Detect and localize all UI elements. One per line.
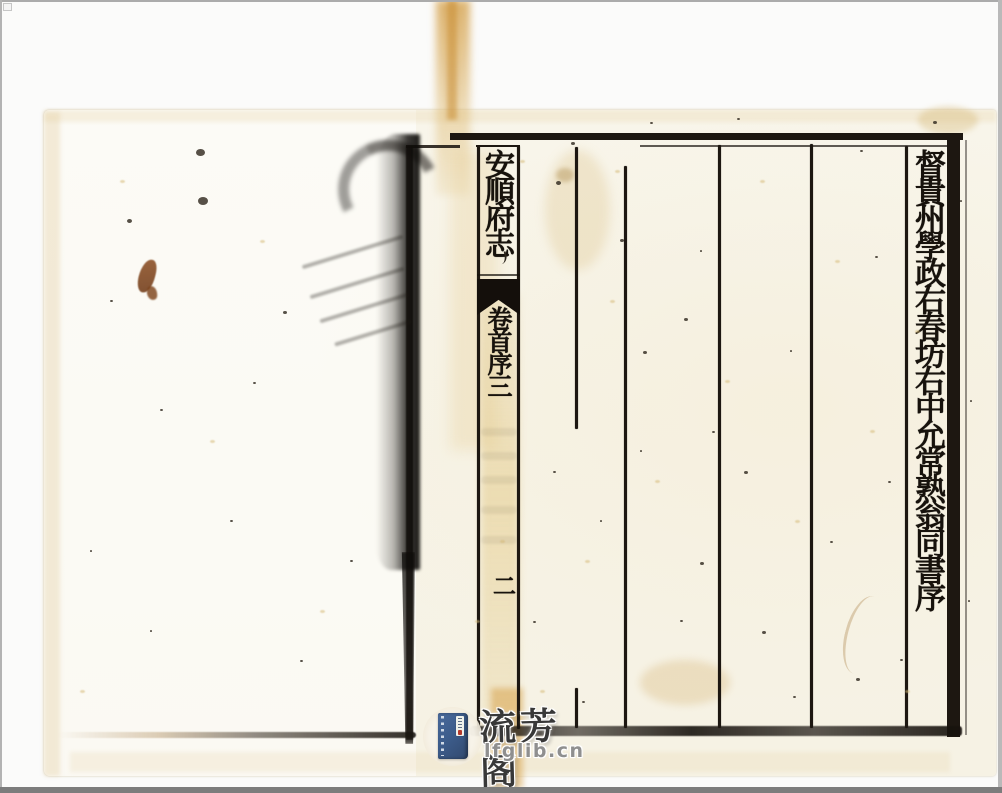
red-seal-icon [458, 730, 462, 735]
scan-edge-bottom [0, 787, 1002, 793]
scan-edge-left [0, 0, 2, 793]
showthrough-mark [481, 506, 517, 514]
watermark-site-domain: lfglib.cn [484, 740, 594, 762]
book-label-text-icon [458, 718, 462, 728]
frame-top-border [450, 133, 963, 140]
column-line-5 [718, 145, 721, 728]
frame-top-inner-line [640, 145, 960, 147]
left-page-right-border [406, 146, 413, 740]
showthrough-mark [481, 476, 517, 484]
fishtail-top-line [477, 274, 520, 276]
left-page-top-line [406, 145, 460, 148]
showthrough-mark [481, 452, 517, 460]
scan-corner-artifact [3, 3, 12, 11]
section-label: 卷首序三 [480, 306, 516, 396]
banxin-box-top-line [476, 145, 520, 147]
book-title: 安順府志 [480, 149, 518, 255]
fold-stain-top-core [447, 0, 457, 120]
page-number: 二 [495, 574, 519, 597]
showthrough-mark [481, 428, 517, 436]
column-line-4 [624, 166, 627, 728]
left-page [44, 110, 416, 776]
book-stitches-icon [441, 716, 444, 756]
scan-edge-top [0, 0, 1002, 2]
showthrough-mark [481, 536, 517, 544]
preface-signature-column: 督貴州學政右春坊右中允常熟翁同書序 [905, 149, 950, 608]
scanned-book-spread: 安順府志 卷首序三 二 督貴州學政右春坊右中允常熟翁同書序 流芳阁 lfglib… [0, 0, 1002, 793]
watermark-badge [423, 707, 482, 766]
frame-right-outer-line [965, 140, 967, 735]
left-page-bottom-border [58, 732, 416, 738]
column-line-6 [810, 144, 813, 728]
book-title-label-icon [456, 716, 464, 736]
scan-edge-right [998, 0, 1002, 793]
column-line-3-upper [575, 147, 578, 429]
watermark-book-icon [438, 713, 468, 759]
